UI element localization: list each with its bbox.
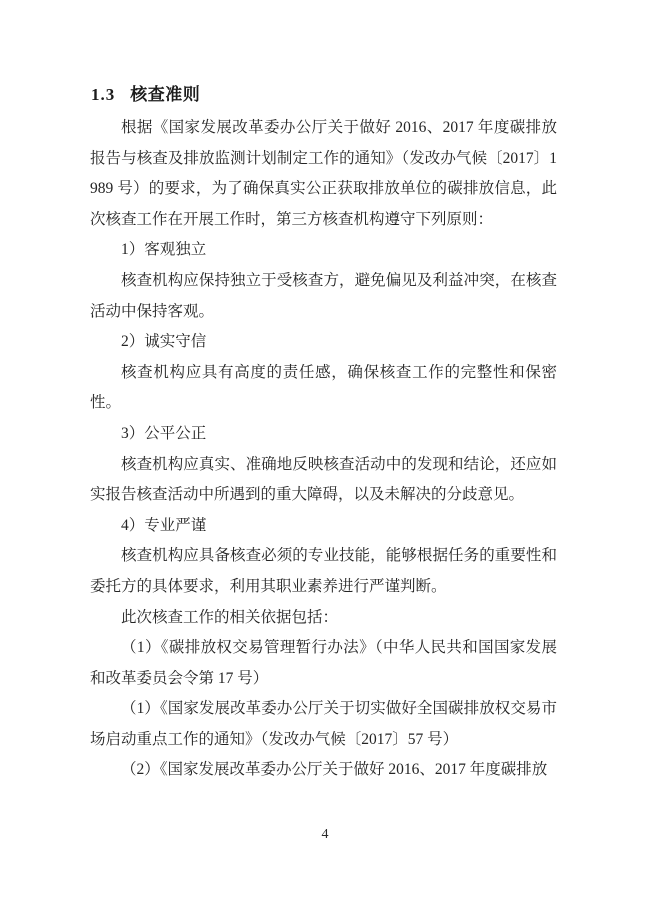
- basis-item-1: （1）《碳排放权交易管理暂行办法》（中华人民共和国国家发展和改革委员会令第 17…: [90, 633, 557, 694]
- principle-4-title: 4）专业严谨: [90, 511, 557, 542]
- principle-1-text: 核查机构应保持独立于受核查方，避免偏见及利益冲突，在核查活动中保持客观。: [90, 266, 557, 327]
- section-title: 核查准则: [130, 85, 200, 104]
- section-number: 1.3: [91, 83, 115, 107]
- principle-3-text: 核查机构应真实、准确地反映核查活动中的发现和结论，还应如实报告核查活动中所遇到的…: [90, 450, 557, 511]
- page-number: 4: [0, 826, 650, 844]
- basis-item-2: （1）《国家发展改革委办公厅关于切实做好全国碳排放权交易市场启动重点工作的通知》…: [90, 694, 557, 755]
- document-body: 根据《国家发展改革委办公厅关于做好 2016、2017 年度碳排放报告与核查及排…: [90, 113, 557, 786]
- principle-2-text: 核查机构应具有高度的责任感，确保核查工作的完整性和保密性。: [90, 358, 557, 419]
- paragraph-intro: 根据《国家发展改革委办公厅关于做好 2016、2017 年度碳排放报告与核查及排…: [90, 113, 557, 235]
- section-heading: 1.3核查准则: [91, 83, 200, 107]
- document-page: 1.3核查准则 根据《国家发展改革委办公厅关于做好 2016、2017 年度碳排…: [0, 0, 650, 900]
- principle-1-title: 1）客观独立: [90, 235, 557, 266]
- principle-2-title: 2）诚实守信: [90, 327, 557, 358]
- basis-intro: 此次核查工作的相关依据包括：: [90, 603, 557, 634]
- basis-item-3-partial: （2）《国家发展改革委办公厅关于做好 2016、2017 年度碳排放: [90, 755, 557, 786]
- principle-4-text: 核查机构应具备核查必须的专业技能，能够根据任务的重要性和委托方的具体要求，利用其…: [90, 541, 557, 602]
- principle-3-title: 3）公平公正: [90, 419, 557, 450]
